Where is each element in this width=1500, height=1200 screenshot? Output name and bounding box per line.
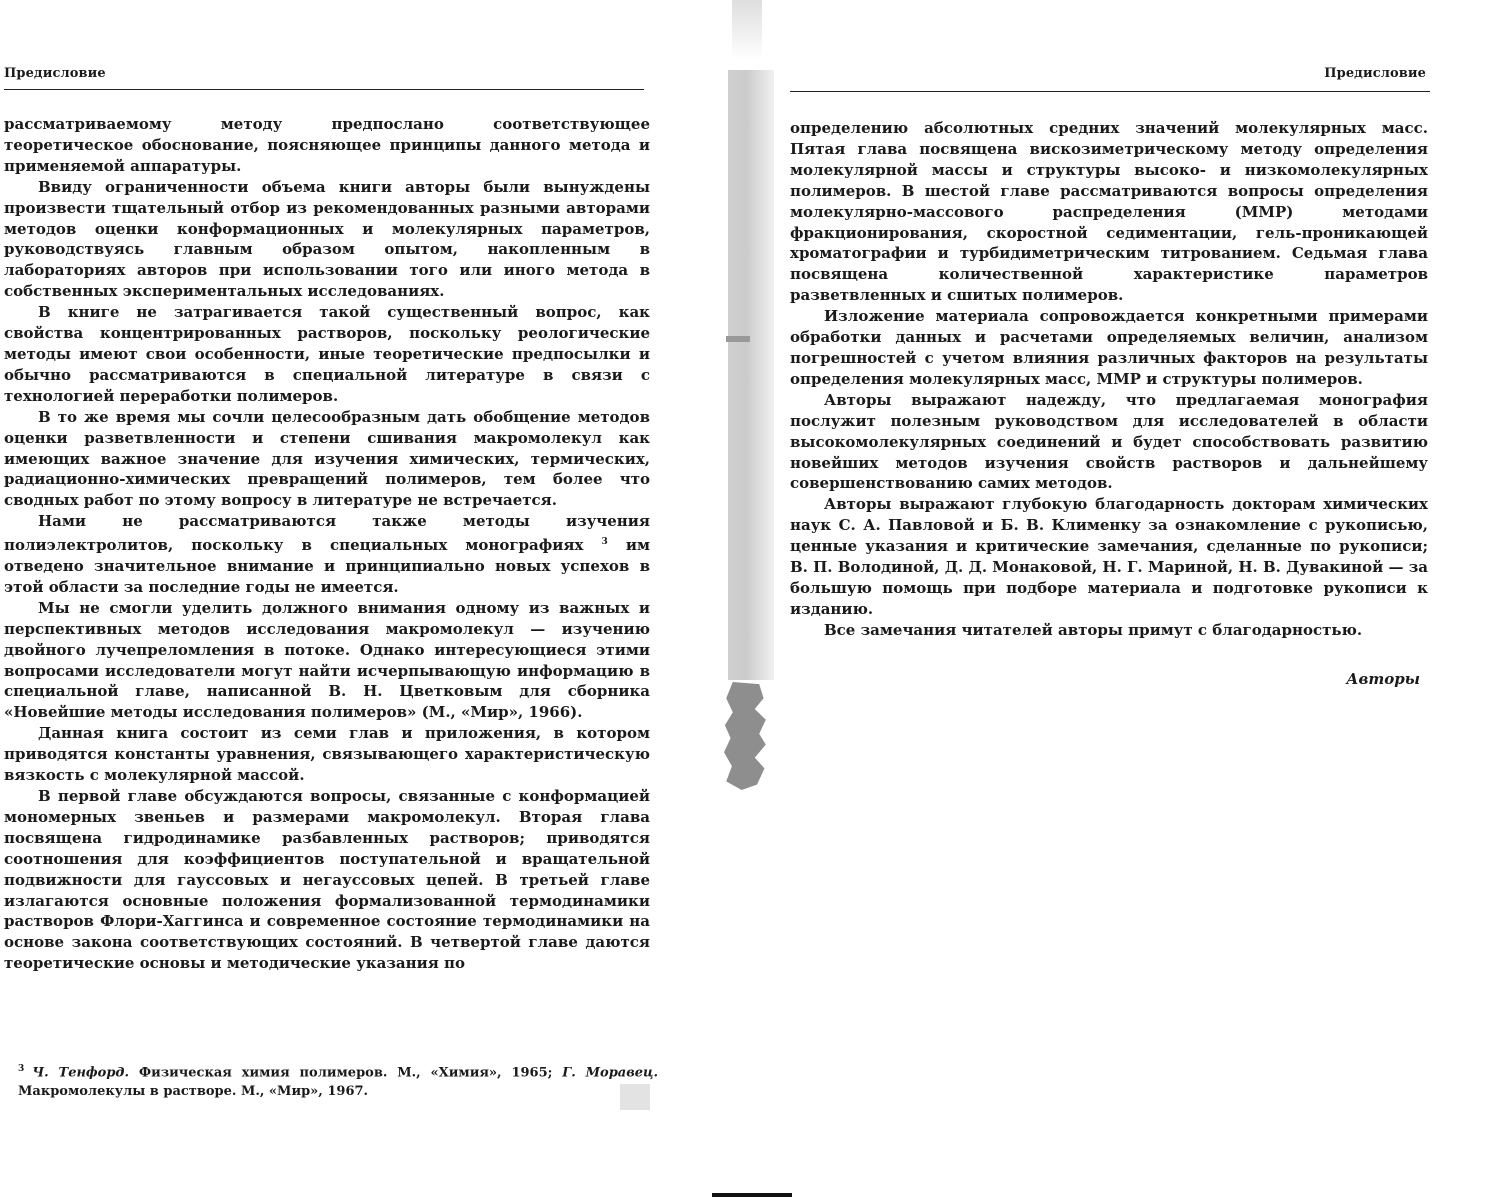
- paragraph: В книге не затрагивается такой существен…: [4, 302, 650, 407]
- scan-smudge: [620, 1084, 650, 1110]
- gutter-mark: [726, 336, 750, 342]
- footnote: 3Ч. Тенфорд. Физическая химия полимеров.…: [18, 1060, 658, 1101]
- footnote-text: Макромолекулы в растворе. М., «Мир», 196…: [18, 1084, 368, 1099]
- left-page: Предисловие рассматриваемому методу пред…: [0, 0, 660, 1200]
- paragraph: определению абсолютных средних значений …: [790, 118, 1428, 306]
- running-head-right: Предисловие: [1324, 66, 1426, 81]
- footnote-author: Ч. Тенфорд.: [32, 1065, 129, 1080]
- paragraph: В то же время мы сочли целесообразным да…: [4, 407, 650, 512]
- right-page: Предисловие определению абсолютных средн…: [782, 0, 1442, 1200]
- gutter-shadow: [728, 70, 774, 680]
- header-rule-left: [4, 89, 644, 90]
- gutter-shadow-top: [732, 0, 762, 60]
- paragraph: рассматриваемому методу предпослано соот…: [4, 114, 650, 177]
- footnote-text: Физическая химия полимеров. М., «Химия»,…: [129, 1065, 562, 1080]
- running-head-left: Предисловие: [4, 66, 106, 81]
- gutter-bottom-mark: [712, 1193, 792, 1197]
- paragraph: В первой главе обсуждаются вопросы, связ…: [4, 786, 650, 974]
- paragraph: Авторы выражают надежду, что предлагаема…: [790, 390, 1428, 495]
- paragraph: Ввиду ограниченности объема книги авторы…: [4, 177, 650, 302]
- left-page-body: рассматриваемому методу предпослано соот…: [4, 114, 650, 974]
- paragraph: Данная книга состоит из семи глав и прил…: [4, 723, 650, 786]
- gutter-blot: [724, 682, 768, 790]
- signature: Авторы: [1346, 670, 1420, 688]
- paragraph-text: Нами не рассматриваются также методы изу…: [4, 512, 650, 554]
- paragraph-with-footnote: Нами не рассматриваются также методы изу…: [4, 511, 650, 598]
- right-page-body: определению абсолютных средних значений …: [790, 118, 1428, 641]
- paragraph: Мы не смогли уделить должного внимания о…: [4, 598, 650, 723]
- paragraph: Авторы выражают глубокую благодарность д…: [790, 494, 1428, 619]
- footnote-reference: 3: [602, 537, 608, 547]
- paragraph: Все замечания читателей авторы примут с …: [790, 620, 1428, 641]
- header-rule-right: [790, 91, 1430, 92]
- footnote-author: Г. Моравец.: [562, 1065, 658, 1080]
- paragraph: Изложение материала сопровождается конкр…: [790, 306, 1428, 390]
- footnote-mark: 3: [18, 1064, 24, 1074]
